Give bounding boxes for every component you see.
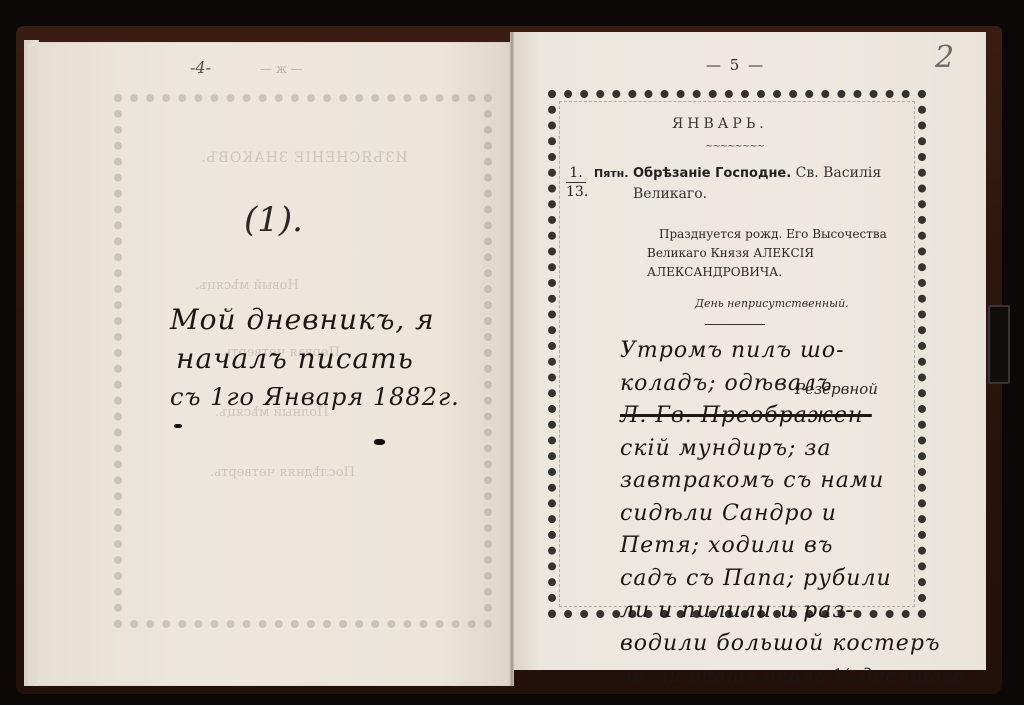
entry-line: ли и пилили и раз- [620, 595, 930, 628]
book-gutter [510, 32, 514, 686]
entry-line: Петя; ходили въ [620, 530, 930, 563]
inscription-line: началъ писать [170, 339, 490, 378]
ornament-divider: ~~~~~~~~ [705, 141, 764, 152]
divider-rule [705, 324, 765, 325]
celebration-note: Празднуется рожд. Его Высочества Великаг… [647, 225, 922, 282]
diary-entry-handwriting: Утромъ пилъ шо- коладъ; одѣвалъ Л. Гв. П… [620, 335, 930, 693]
inscription-line: съ 1го Января 1882г. [170, 378, 490, 417]
clasp-icon [988, 305, 1010, 384]
non-working-day-note: День неприсутственный. [695, 297, 849, 310]
entry-line: сидѣли Сандро и [620, 498, 930, 531]
entry-number: (1). [244, 200, 303, 240]
feast-name: Обрѣзаніе Господне. [633, 166, 791, 181]
pencil-folio-number: 2 [935, 40, 954, 75]
entry-line: водили большой костеръ [620, 628, 930, 661]
day-old-style: 1. [566, 164, 586, 183]
inscription-line: Мой дневникъ, я [170, 300, 490, 339]
entry-line: легли спать около ½ десятаго. [620, 660, 930, 693]
pencil-page-number: -4- [190, 58, 211, 77]
faint-page-number: — ж — [260, 62, 303, 76]
diary-title-inscription: Мой дневникъ, я началъ писать съ 1го Янв… [170, 300, 490, 417]
day-new-style: 13. [566, 183, 586, 201]
printed-page-number: — 5 — [706, 56, 765, 74]
day-number: 1. 13. [566, 164, 586, 201]
bleed-item: Новый мѣсяцъ. [195, 278, 299, 293]
ink-blot [174, 424, 182, 428]
left-page-stack-edge [24, 40, 39, 686]
entry-line: Л. Гв. Преображен- [620, 400, 930, 433]
entry-line: завтракомъ съ нами [620, 465, 930, 498]
weekday: Пятн. [594, 167, 628, 180]
entry-line-struck: Л. Гв. Преображен- [620, 403, 872, 428]
feast-entry: Обрѣзаніе Господне. Св. Василія Великаго… [633, 163, 923, 204]
month-heading: ЯНВАРЬ. [672, 116, 768, 132]
entry-line: скій мундиръ; за [620, 433, 930, 466]
bleed-heading: ИЗЪЯСНЕНІЕ ЗНАКОВЪ. [200, 150, 408, 166]
entry-line: Утромъ пилъ шо- [620, 335, 930, 368]
entry-line: садъ съ Папа; рубили [620, 563, 930, 596]
bleed-item: Послѣдняя четверть. [210, 465, 355, 480]
entry-line: коладъ; одѣвалъ [620, 368, 930, 401]
ink-blot [374, 439, 385, 445]
